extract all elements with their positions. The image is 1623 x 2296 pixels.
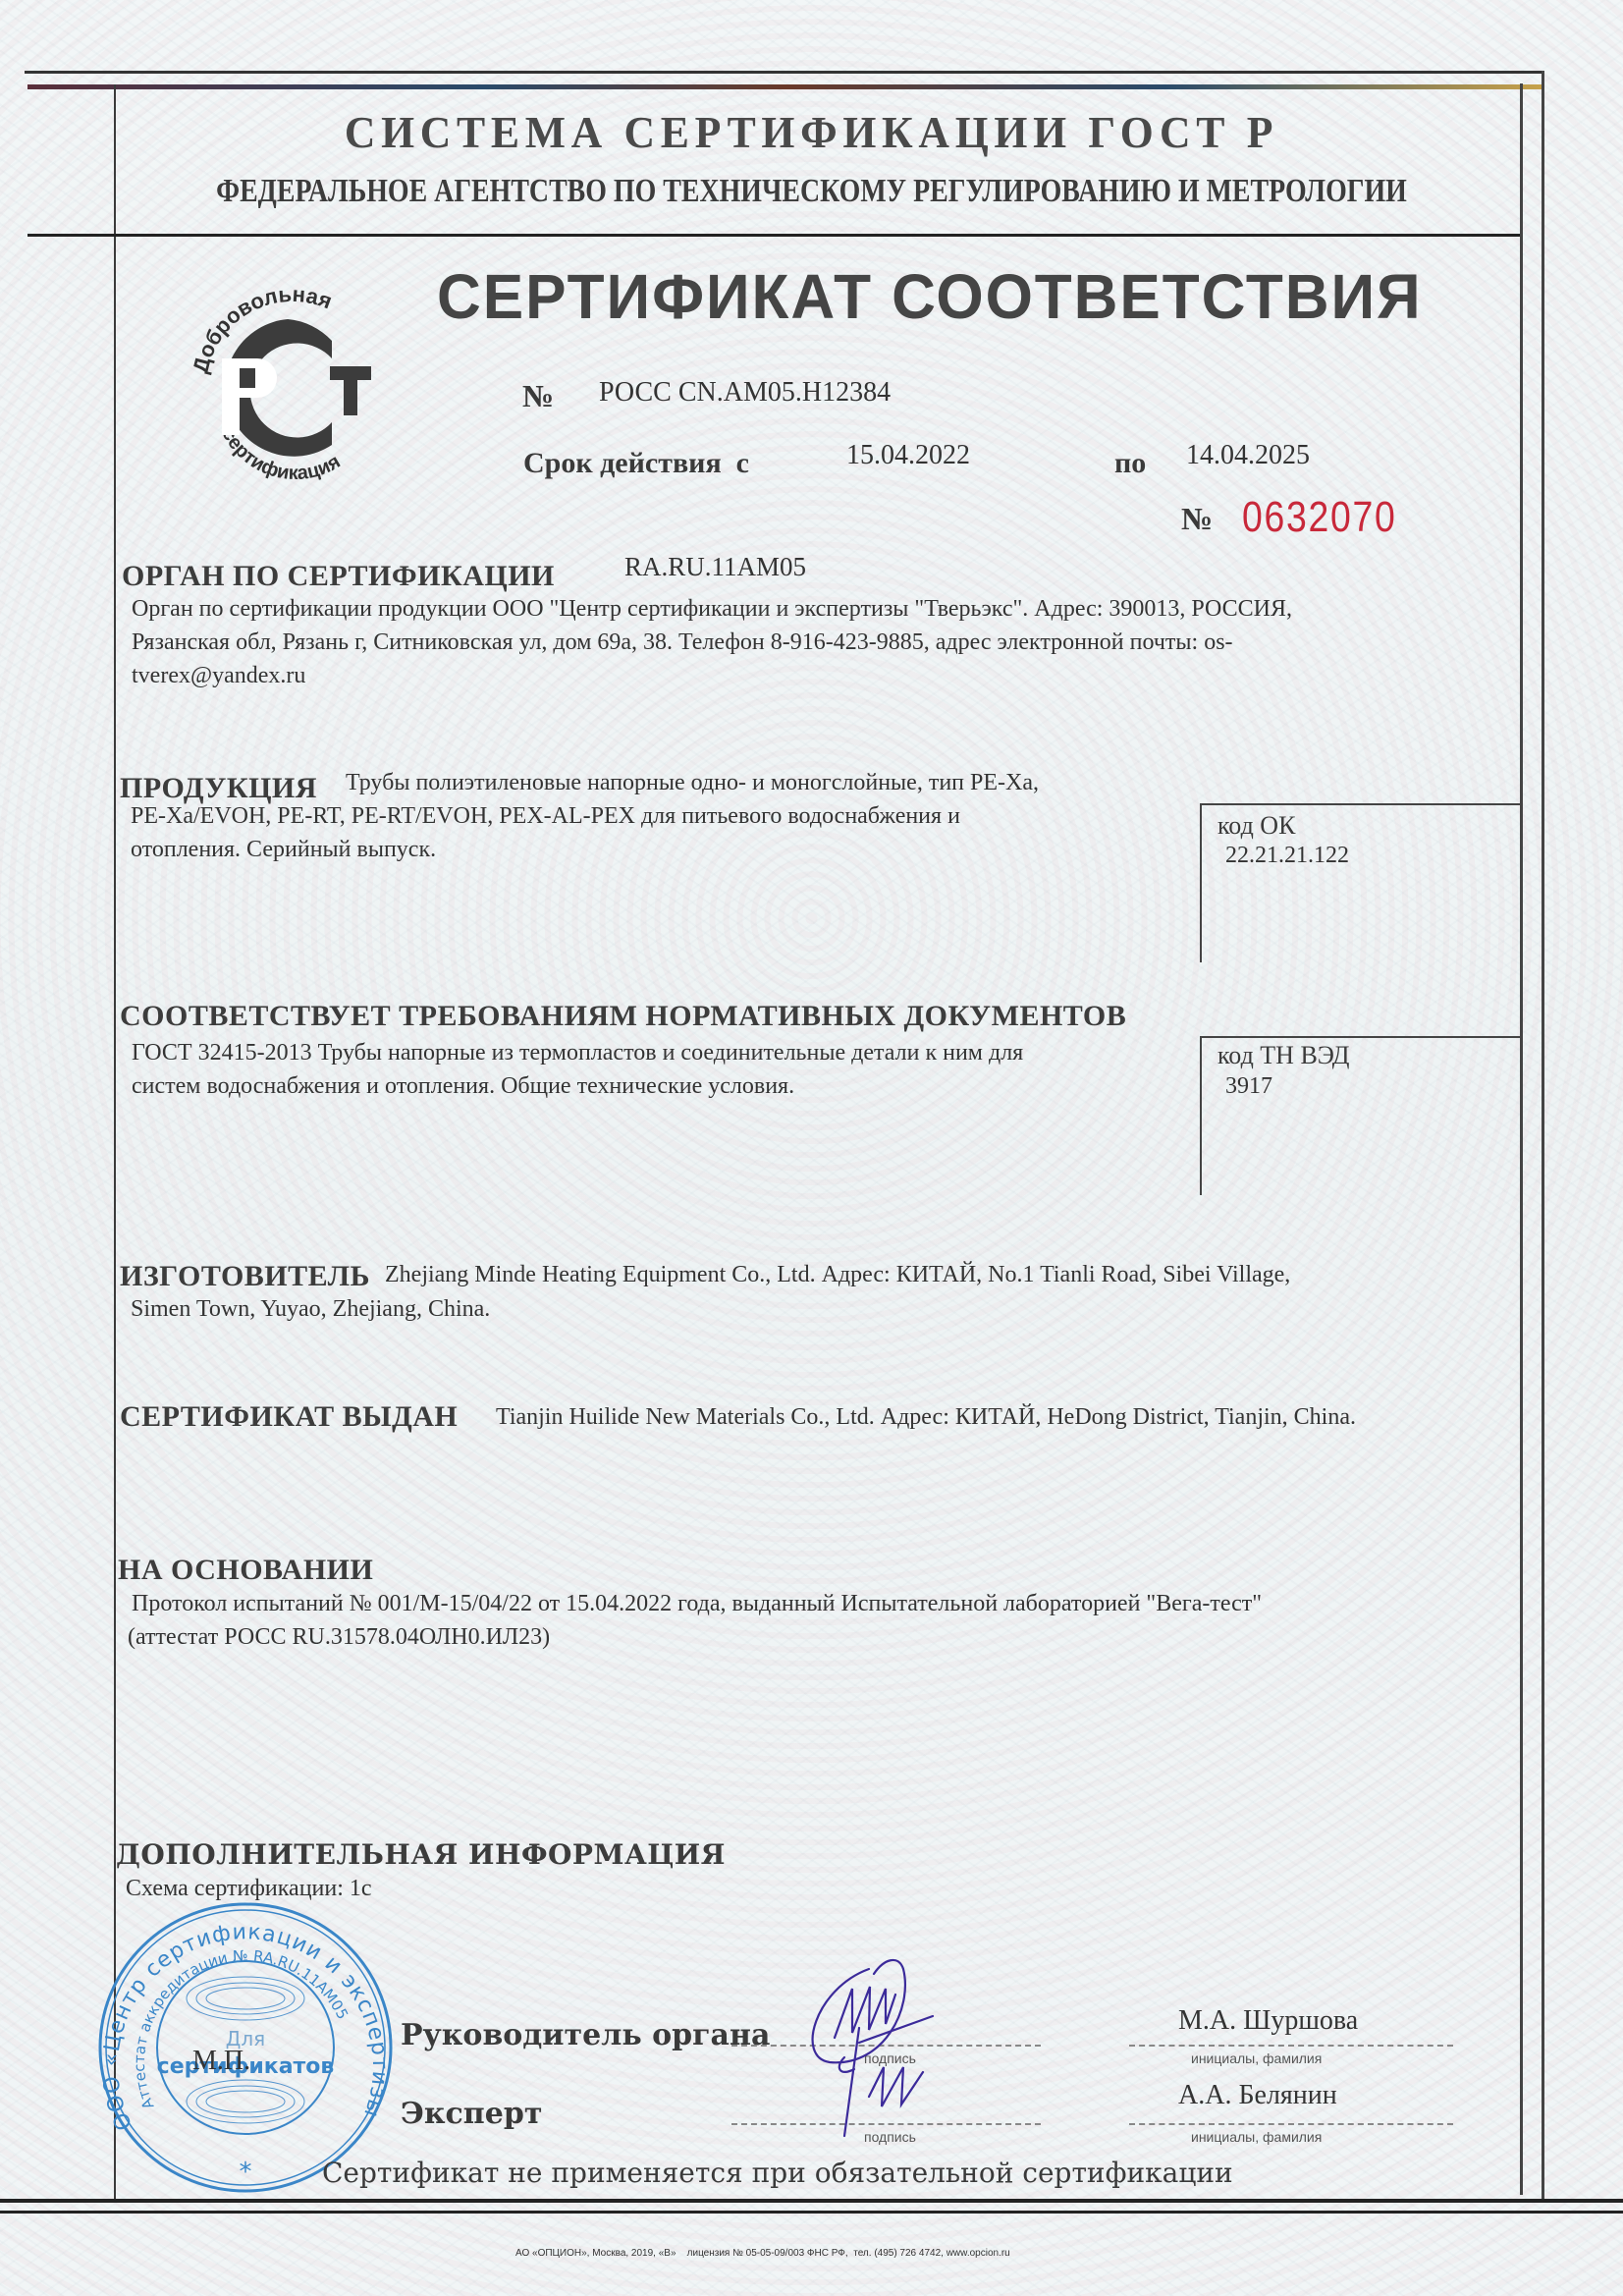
frame-bottom-1 [0,2199,1623,2203]
frame-bottom-2 [0,2211,1623,2214]
basis-line-2: (аттестат РОСС RU.31578.04ОЛН0.ИЛ23) [128,1620,1262,1654]
cb-line-1: Орган по сертификации продукции ООО "Цен… [132,592,1292,626]
cb-line-3: tverex@yandex.ru [132,659,1292,692]
frame-top-outer [25,71,1544,74]
expert-name: А.А. Белянин [1178,2080,1337,2111]
certification-scheme: Схема сертификации: 1с [126,1876,372,1902]
registration-number: РОСС CN.АМ05.Н12384 [599,377,891,409]
head-name-line [1129,2045,1453,2048]
certification-body-heading: ОРГАН ПО СЕРТИФИКАЦИИ [122,560,555,593]
expert-name-line [1129,2123,1453,2126]
basis-line-1: Протокол испытаний № 001/М-15/04/22 от 1… [132,1587,1262,1620]
cb-line-2: Рязанская обл, Рязань г, Ситниковская ул… [132,626,1292,659]
basis-text: Протокол испытаний № 001/М-15/04/22 от 1… [132,1587,1262,1654]
product-first-line: Трубы полиэтиленовые напорные одно- и мо… [346,770,1039,796]
head-name: М.А. Шуршова [1178,2005,1358,2037]
okpd-code-value: 22.21.21.122 [1225,843,1349,869]
certification-body-code: RA.RU.11АМ05 [624,552,806,582]
product-text: PE-Xa/EVOH, PE-RT, PE-RT/EVOH, PEX-AL-PE… [131,799,960,866]
certificate-title: СЕРТИФИКАТ СООТВЕТСТВИЯ [437,260,1423,333]
form-number: 0632070 [1242,493,1397,542]
frame-right-outer [1542,71,1544,2202]
additional-heading: ДОПОЛНИТЕЛЬНАЯ ИНФОРМАЦИЯ [116,1838,726,1871]
rst-logo-icon: Добровольная сертификация [185,280,401,496]
certification-body-text: Орган по сертификации продукции ООО "Цен… [132,592,1292,692]
issued-to-text: Tianjin Huilide New Materials Co., Ltd. … [496,1404,1356,1431]
disclaimer: Сертификат не применяется при обязательн… [322,2157,1233,2189]
valid-from: 15.04.2022 [846,440,970,471]
signature-scribble-icon [776,1949,1011,2146]
valid-to-label: по [1114,447,1146,480]
standards-line-2: систем водоснабжения и отопления. Общие … [132,1069,1023,1103]
basis-heading: НА ОСНОВАНИИ [118,1554,373,1587]
manufacturer-second-line: Simen Town, Yuyao, Zhejiang, China. [131,1296,490,1323]
expert-label: Эксперт [401,2097,542,2131]
frame-top-inner-colored [27,84,1544,89]
tnved-code-value: 3917 [1225,1073,1272,1100]
form-number-sign: № [1181,501,1213,537]
printer-info: АО «ОПЦИОН», Москва, 2019, «В» лицензия … [515,2248,1010,2259]
valid-to: 14.04.2025 [1186,440,1310,471]
manufacturer-first-line: Zhejiang Minde Heating Equipment Co., Lt… [385,1262,1290,1288]
head-name-caption: инициалы, фамилия [1191,2050,1322,2066]
header-divider [27,234,1520,237]
issued-to-heading: СЕРТИФИКАТ ВЫДАН [120,1400,458,1434]
tnved-code-label: код ТН ВЭД [1217,1041,1350,1070]
svg-text:*: * [240,2158,252,2187]
product-line-3: отопления. Серийный выпуск. [131,833,960,866]
validity-label: Срок действия с [523,447,749,480]
head-label: Руководитель органа [401,2018,770,2052]
manufacturer-heading: ИЗГОТОВИТЕЛЬ [120,1260,370,1293]
standards-line-1: ГОСТ 32415-2013 Трубы напорные из термоп… [132,1036,1023,1069]
agency-title: ФЕДЕРАЛЬНОЕ АГЕНТСТВО ПО ТЕХНИЧЕСКОМУ РЕ… [146,173,1477,210]
standards-heading: СООТВЕТСТВУЕТ ТРЕБОВАНИЯМ НОРМАТИВНЫХ ДО… [120,1000,1126,1033]
system-title: СИСТЕМА СЕРТИФИКАЦИИ ГОСТ Р [40,106,1582,158]
product-line-2: PE-Xa/EVOH, PE-RT, PE-RT/EVOH, PEX-AL-PE… [131,799,960,833]
seal-place-label: М.П. [192,2046,250,2077]
number-sign: № [522,378,554,414]
expert-name-caption: инициалы, фамилия [1191,2129,1322,2145]
okpd-code-label: код ОК [1217,811,1295,841]
standards-text: ГОСТ 32415-2013 Трубы напорные из термоп… [132,1036,1023,1103]
